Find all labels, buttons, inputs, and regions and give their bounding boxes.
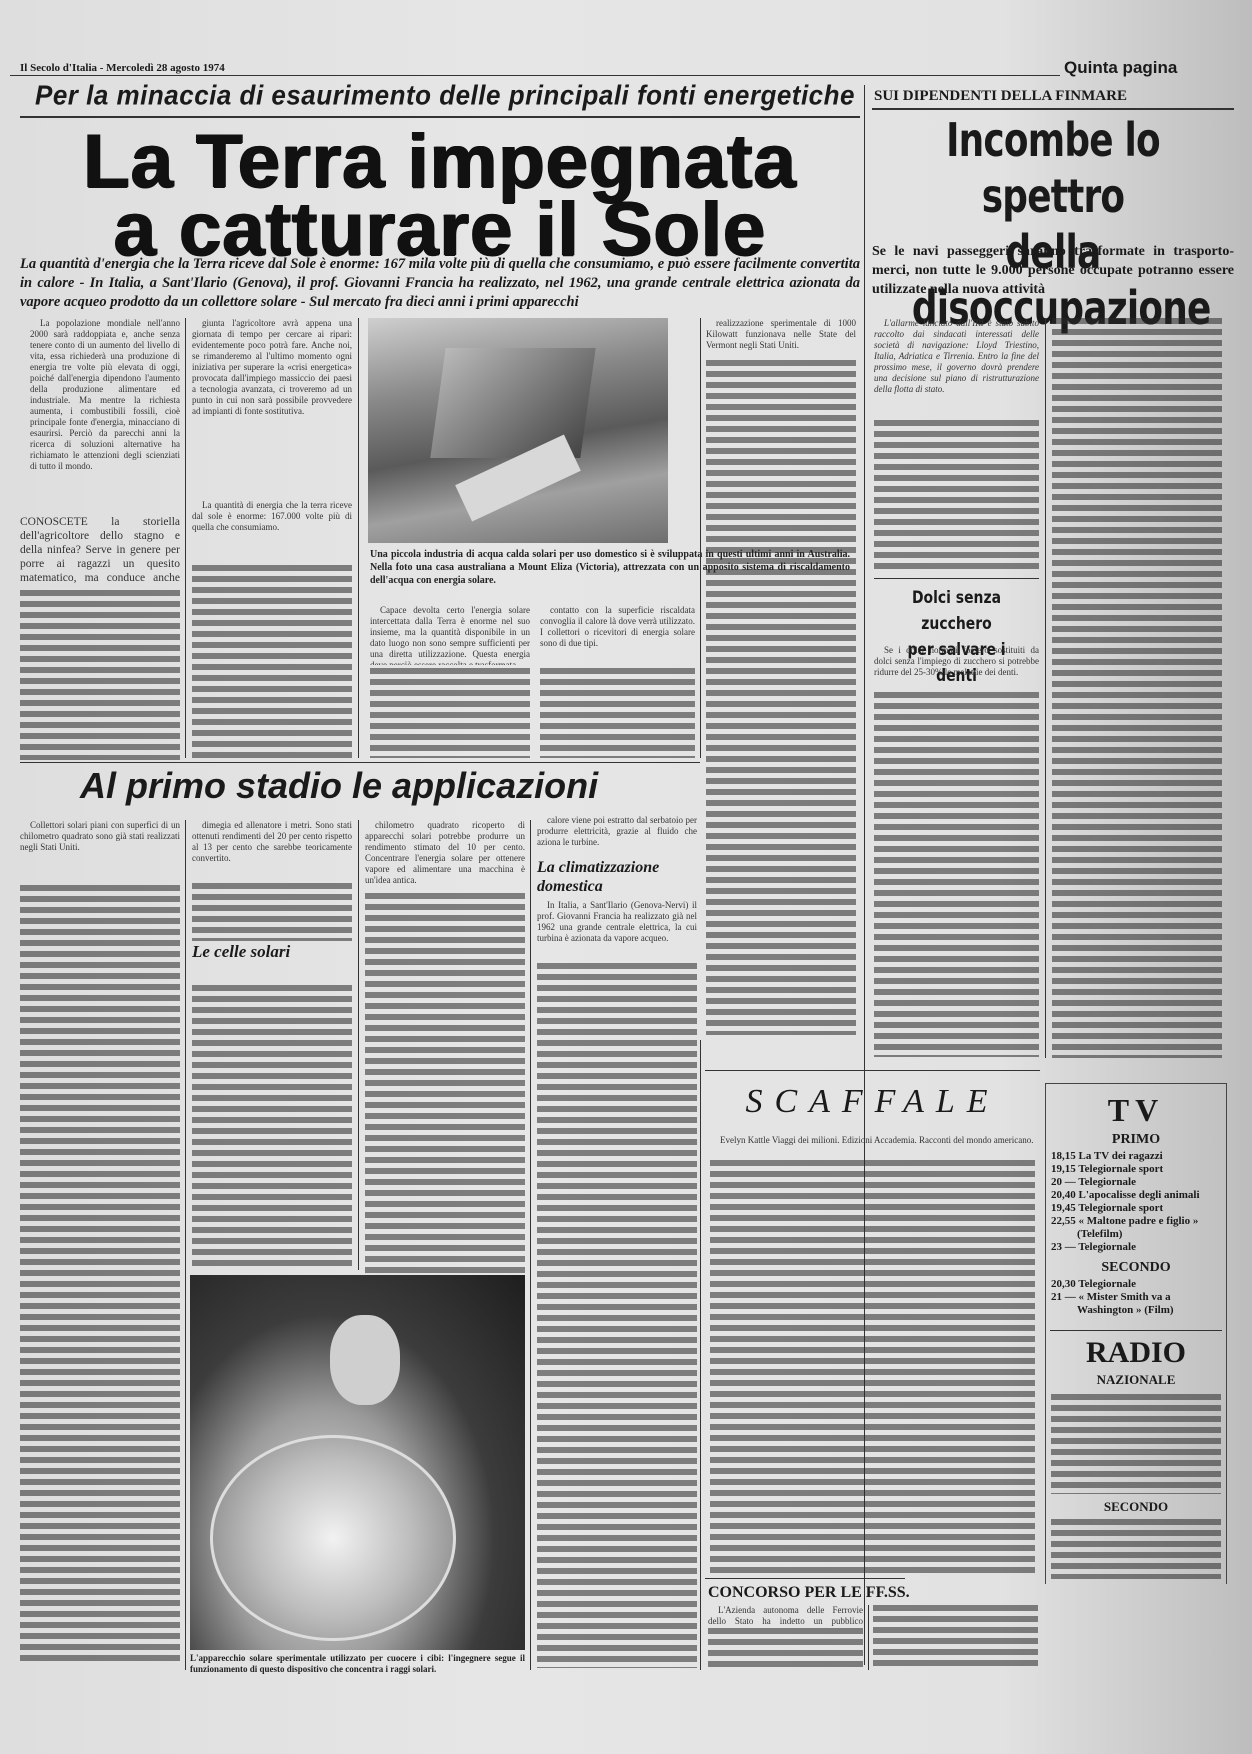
app-col-c-body	[365, 893, 525, 1273]
finmare-headline-line1: Incombe lo spettro	[912, 112, 1194, 224]
col-rule	[358, 318, 359, 758]
col5-paragraph: realizzazione sperimentale di 1000 Kilow…	[706, 318, 856, 351]
main-deck: La quantità d'energia che la Terra ricev…	[20, 255, 860, 312]
scaffale-rule	[705, 1070, 1040, 1071]
dolci-rule	[874, 578, 1039, 579]
scaffale-paragraph: Evelyn Kattle Viaggi dei milioni. Edizio…	[710, 1135, 1035, 1146]
subhead-cells: Le celle solari	[192, 942, 292, 961]
app-col-b-text: dimegia ed allenatore i metri. Sono stat…	[192, 820, 352, 880]
concorso-headline: CONCORSO PER LE FF.SS.	[708, 1584, 910, 1602]
scaffale-headline: SCAFFALE	[705, 1083, 1040, 1121]
col-rule	[185, 820, 186, 1670]
tv-radio-divider	[1050, 1330, 1222, 1331]
col4-paragraph: contatto con la superficie riscaldata co…	[540, 605, 695, 649]
main-col2-text: giunta l'agricoltore avrà appena una gio…	[192, 318, 352, 498]
radio-nazionale-listing	[1051, 1394, 1221, 1494]
main-col4-text: contatto con la superficie riscaldata co…	[540, 605, 695, 665]
main-col5-body	[706, 360, 856, 1035]
col-rule	[868, 1605, 869, 1670]
main-col3-text: Capace devolta certo l'energia solare in…	[370, 605, 530, 665]
main-col4-body	[540, 668, 695, 758]
masthead-date: Il Secolo d'Italia - Mercoledì 28 agosto…	[20, 62, 225, 74]
finmare-body-2	[874, 420, 1039, 570]
col-rule	[700, 318, 701, 758]
main-headline-line2: a catturare il Sole	[30, 196, 850, 264]
app-col-d-body	[537, 963, 697, 1668]
tv-title: TV	[1046, 1092, 1226, 1129]
tv-channel-primo: PRIMO	[1046, 1132, 1226, 1148]
solar-dish-photo	[190, 1275, 525, 1650]
intro-text: La popolazione mondiale nell'anno 2000 s…	[30, 318, 180, 472]
col-rule	[185, 318, 186, 758]
tv-program: 20,30 Telegiornale	[1051, 1278, 1221, 1291]
col3-paragraph: Capace devolta certo l'energia solare in…	[370, 605, 530, 665]
main-col3-body	[370, 668, 530, 758]
concorso-paragraph: L'Azienda autonoma delle Ferrovie dello …	[708, 1605, 863, 1627]
tv-program: 20,40 L'apocalisse degli animali	[1051, 1189, 1221, 1202]
app-col-a-text: Collettori solari piani con superfici di…	[20, 820, 180, 880]
tv-program: 18,15 La TV dei ragazzi	[1051, 1150, 1221, 1163]
concorso-body: L'Azienda autonoma delle Ferrovie dello …	[708, 1605, 863, 1627]
tv-radio-box: TV PRIMO 18,15 La TV dei ragazzi 19,15 T…	[1045, 1083, 1227, 1584]
finmare-kicker: SUI DIPENDENTI DELLA FINMARE	[874, 88, 1127, 105]
radio-channel-secondo: SECONDO	[1046, 1499, 1226, 1515]
col2-paragraph-b: La quantità di energia che la terra rice…	[192, 500, 352, 533]
col-rule	[700, 1040, 701, 1670]
radio-channel-nazionale: NAZIONALE	[1046, 1372, 1226, 1388]
climate-paragraph: In Italia, a Sant'Ilario (Genova-Nervi) …	[537, 900, 697, 944]
concorso-rule	[705, 1578, 905, 1579]
app-col-d-paragraph: calore viene poi estratto dal serbatoio …	[537, 815, 697, 848]
scaffale-body: Evelyn Kattle Viaggi dei milioni. Edizio…	[710, 1135, 1035, 1160]
main-headline-line1: La Terra impegnata	[30, 128, 850, 196]
finmare-headline: Incombe lo spettro della disoccupazione	[912, 112, 1194, 336]
main-kicker: Per la minaccia di esaurimento delle pri…	[35, 79, 855, 112]
app-col-b-paragraph: dimegia ed allenatore i metri. Sono stat…	[192, 820, 352, 864]
tv-program: 19,45 Telegiornale sport	[1051, 1202, 1221, 1215]
masthead-rule	[10, 75, 1060, 76]
solar-house-photo	[368, 318, 668, 543]
main-col2-text-b: La quantità di energia che la terra rice…	[192, 500, 352, 560]
main-col1-body	[20, 590, 180, 760]
solar-dish-shape	[210, 1435, 456, 1641]
tv-primo-listing: 18,15 La TV dei ragazzi 19,15 Telegiorna…	[1051, 1150, 1221, 1254]
scaffale-body-2	[710, 1160, 1035, 1575]
dolci-headline-line1: Dolci senza zucchero	[889, 585, 1024, 637]
tv-program: 21 — « Mister Smith va a Washington » (F…	[1051, 1291, 1221, 1317]
dropcap-paragraph: CONOSCETE la storiella dell'agricoltore …	[20, 515, 180, 585]
radio-title: RADIO	[1046, 1336, 1226, 1370]
app-col-c-text: chilometro quadrato ricoperto di apparec…	[365, 820, 525, 890]
app-col-c-paragraph: chilometro quadrato ricoperto di apparec…	[365, 820, 525, 886]
finmare-kicker-rule	[872, 108, 1234, 110]
main-col5-text: realizzazione sperimentale di 1000 Kilow…	[706, 318, 856, 358]
man-face-shape	[330, 1315, 400, 1405]
house-shape	[430, 348, 595, 458]
tv-program: 22,55 « Maltone padre e figlio » (Telefi…	[1051, 1215, 1221, 1241]
tv-secondo-listing: 20,30 Telegiornale 21 — « Mister Smith v…	[1051, 1278, 1221, 1317]
subhead-climatization: La climatizzazione domestica	[537, 858, 697, 896]
tv-program: 20 — Telegiornale	[1051, 1176, 1221, 1189]
finmare-deck: Se le navi passeggeri saranno trasformat…	[872, 242, 1234, 299]
tv-channel-secondo: SECONDO	[1046, 1260, 1226, 1276]
app-col-a-body	[20, 885, 180, 1665]
dolci-body-2	[874, 692, 1039, 1057]
newspaper-page: Il Secolo d'Italia - Mercoledì 28 agosto…	[0, 0, 1252, 1754]
dolci-body: Se i dolci normali fossero sostituiti da…	[874, 645, 1039, 690]
page-label: Quinta pagina	[1064, 58, 1177, 78]
applications-headline: Al primo stadio le applicazioni	[80, 765, 598, 807]
finmare-body: L'allarme lanciato dall'IRI è stato subi…	[874, 318, 1039, 418]
app-col-b-body-2	[192, 985, 352, 1270]
col2-paragraph: giunta l'agricoltore avrà appena una gio…	[192, 318, 352, 417]
tv-program: 19,15 Telegiornale sport	[1051, 1163, 1221, 1176]
col-rule	[358, 820, 359, 1270]
app-col-b-body	[192, 883, 352, 941]
main-col1-dropcap: CONOSCETE la storiella dell'agricoltore …	[20, 515, 180, 585]
section-rule	[20, 762, 700, 763]
finmare-paragraph: L'allarme lanciato dall'IRI è stato subi…	[874, 318, 1039, 395]
col-rule	[1045, 318, 1046, 1058]
app-col-a-paragraph: Collettori solari piani con superfici di…	[20, 820, 180, 853]
concorso-body-col2	[873, 1605, 1038, 1670]
photo-caption-dish: L'apparecchio solare sperimentale utiliz…	[190, 1653, 525, 1675]
col-rule	[530, 820, 531, 1670]
app-climate-text: In Italia, a Sant'Ilario (Genova-Nervi) …	[537, 900, 697, 960]
tv-program: 23 — Telegiornale	[1051, 1241, 1221, 1254]
radio-secondo-listing	[1051, 1519, 1221, 1579]
finmare-body-col2	[1052, 318, 1222, 1058]
main-col1-intro: La popolazione mondiale nell'anno 2000 s…	[30, 318, 180, 508]
main-headline: La Terra impegnata a catturare il Sole	[30, 128, 850, 264]
kicker-rule	[20, 116, 860, 118]
dolci-paragraph: Se i dolci normali fossero sostituiti da…	[874, 645, 1039, 678]
concorso-body-col1	[708, 1628, 863, 1668]
main-col2-body	[192, 565, 352, 760]
